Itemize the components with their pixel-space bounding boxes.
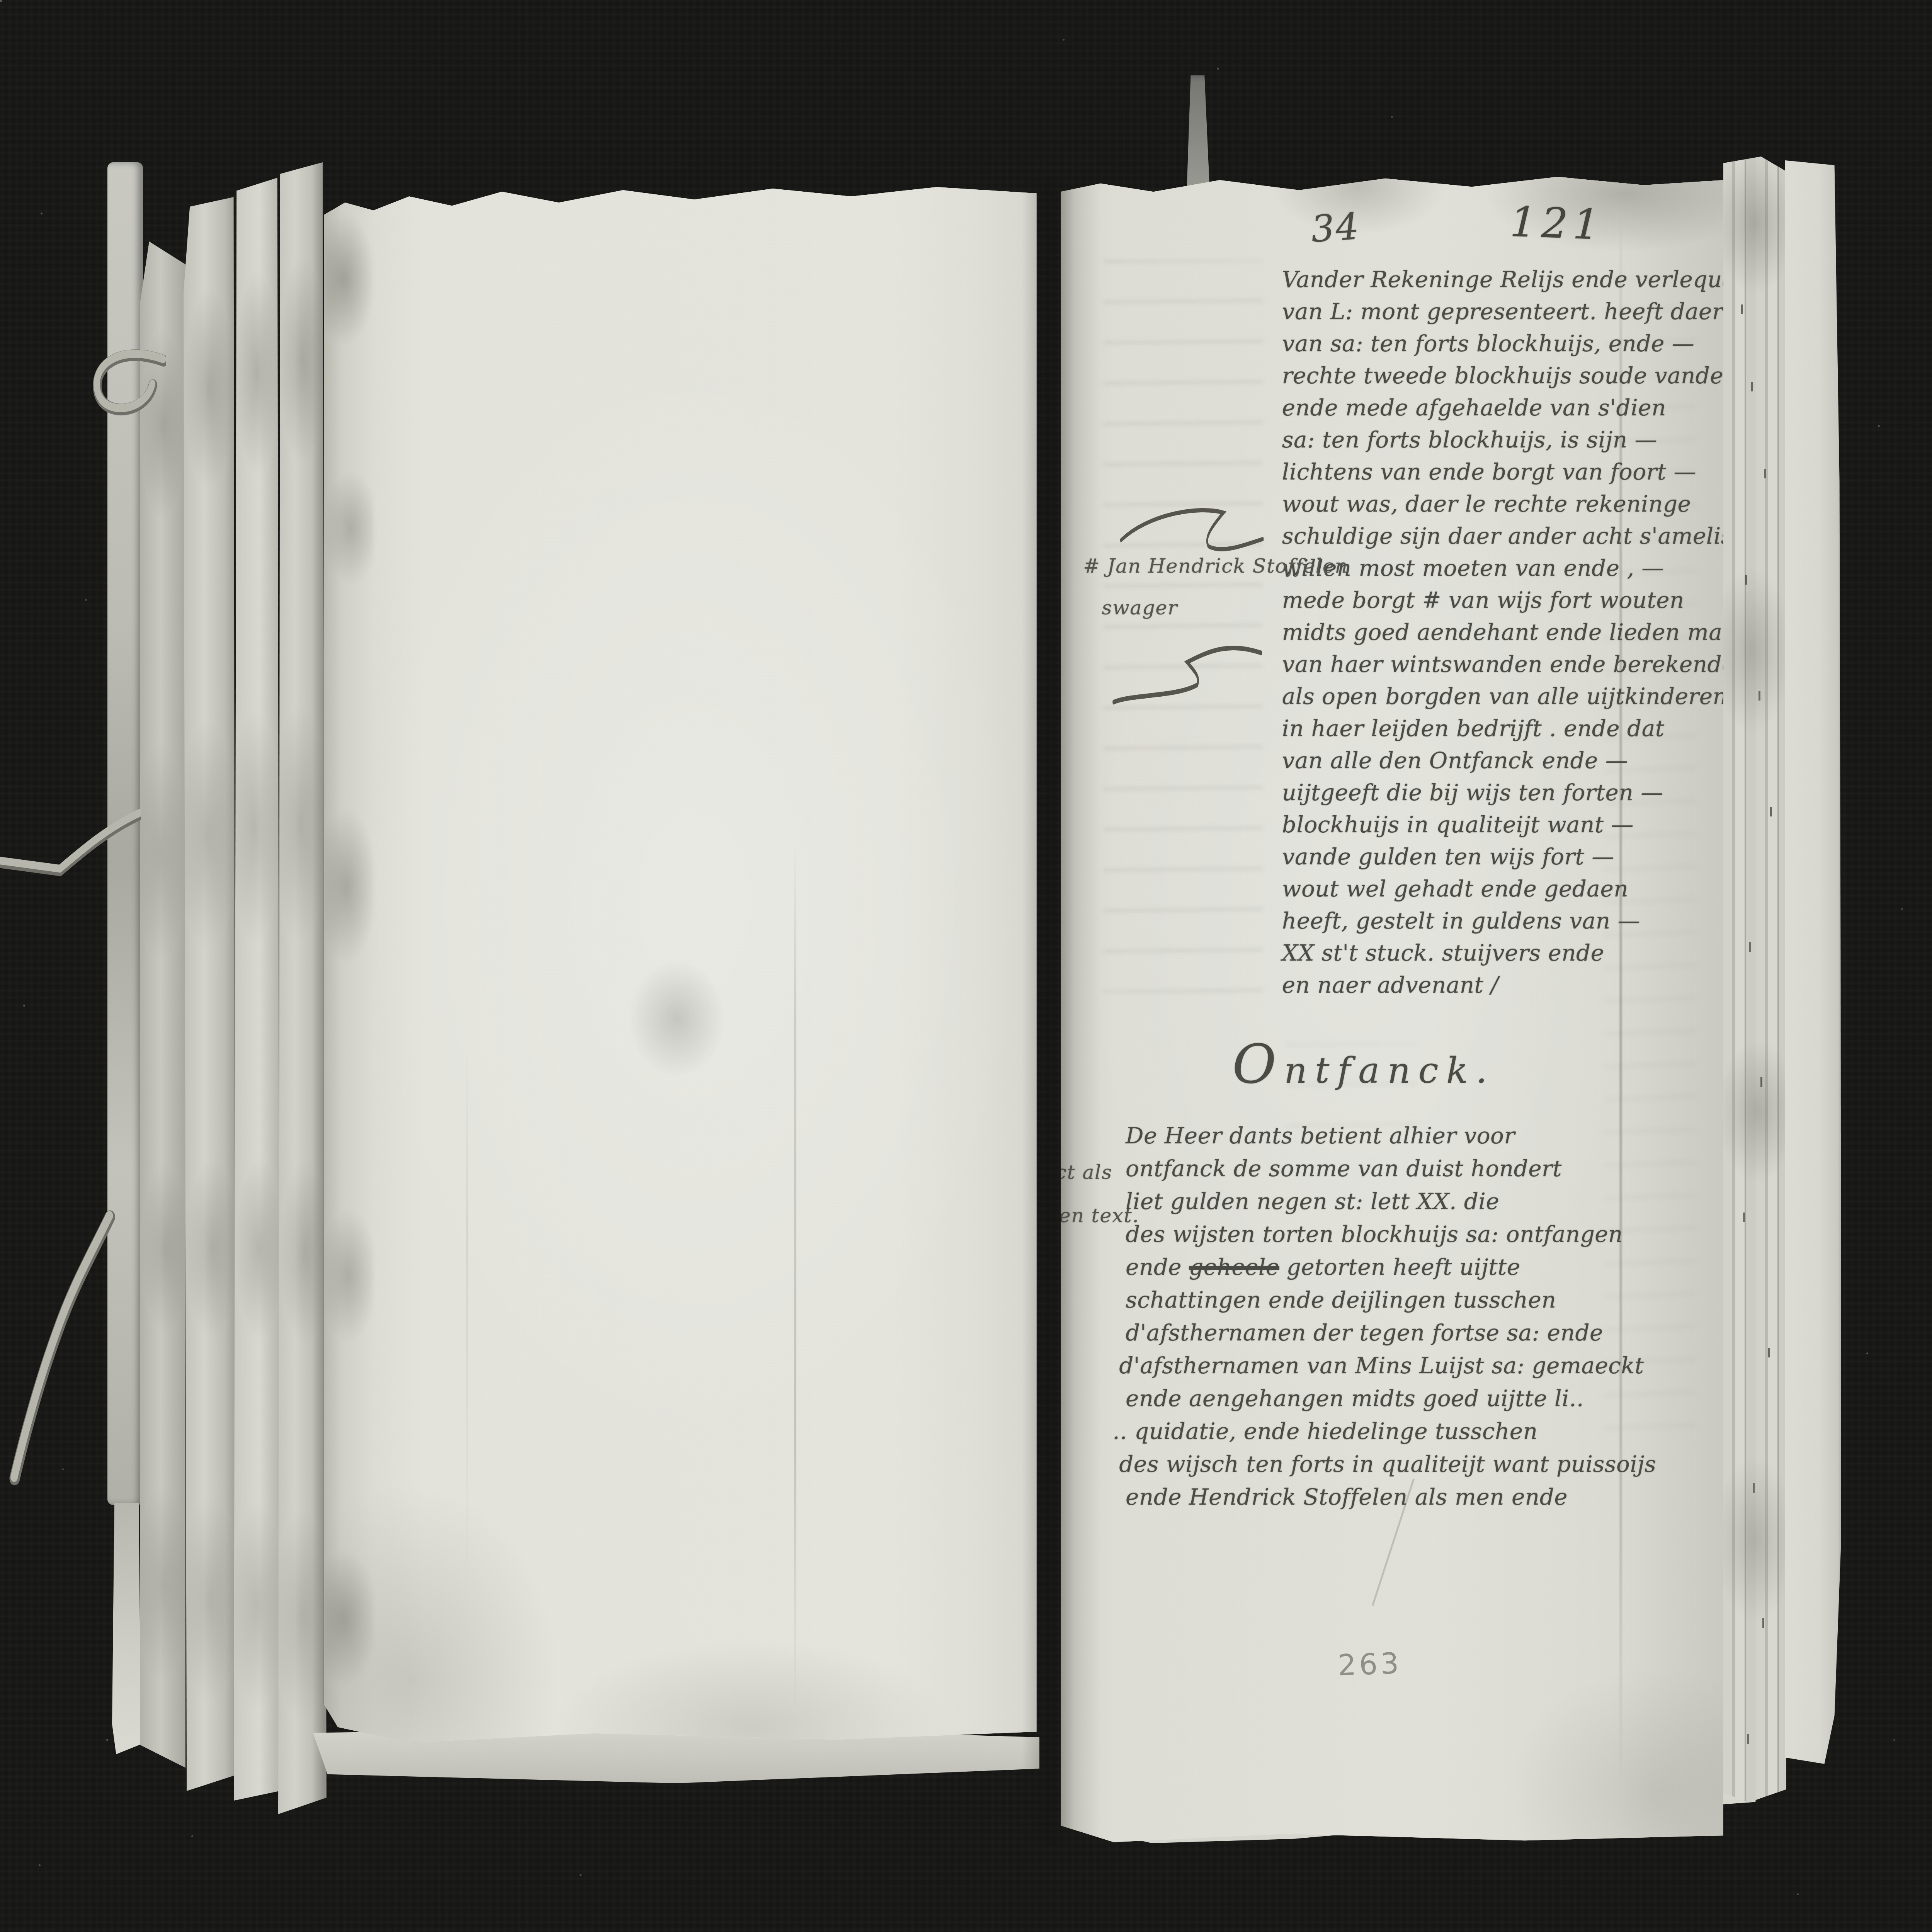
manuscript-line-with-strikeout: ende geheele getorten heeft uijtte [1126,1251,1669,1284]
left-page-edges-layer [234,178,280,1801]
manuscript-line: des wijsch ten forts in qualiteijt want … [1119,1448,1669,1481]
manuscript-line: De Heer dants betient alhier voor [1126,1119,1669,1152]
manuscript-line: liet gulden negen st: lett XX. die [1126,1185,1669,1218]
manuscript-line: blockhuijs in qualiteijt want — [1282,809,1706,841]
waterstain-wash [140,241,186,1768]
left-page-crease [466,1042,468,1665]
right-page-gutter-shading [1061,177,1100,1842]
binding-lace-bottom [6,1206,126,1495]
manuscript-line: vande gulden ten wijs fort — [1282,841,1706,873]
manuscript-line: van alle den Ontfanck ende — [1282,745,1706,777]
dust-specks [0,0,2,2]
pencil-folio-number: 263 [1337,1646,1402,1682]
binding-lace-loop [87,342,166,431]
manuscript-line: Vander Rekeninge Relijs ende verlequa [1282,264,1706,296]
manuscript-line: des wijsten torten blockhuijs sa: ontfan… [1126,1218,1669,1251]
waterstain-wash [278,162,327,1814]
manuscript-line: wout was, daer le rechte rekeninge [1282,488,1706,520]
struck-word: geheele [1189,1254,1279,1280]
manuscript-line: heeft, gestelt in guldens van — [1282,905,1706,937]
manuscript-line: van L: mont gepresenteert. heeft daer [1282,296,1706,328]
manuscript-line: schattingen ende deijlingen tusschen [1126,1284,1669,1316]
strike-pre: ende [1126,1254,1189,1280]
waterstain-wash [184,197,236,1791]
right-page-manuscript: 34 121 Vander Rekeninge Relijs ende verl… [1061,177,1723,1842]
margin-note-lower-line1: blyct als [1024,1161,1112,1184]
left-page-edges-layer [140,241,186,1768]
left-page-edges-layer [184,197,236,1791]
manuscript-scan: 34 121 Vander Rekeninge Relijs ende verl… [0,0,1932,1932]
left-cover-edge-lower [112,1503,141,1754]
manuscript-line: in haer leijden bedrijft . ende dat [1282,713,1706,745]
margin-note-lower-line2: inden text. [1026,1204,1139,1227]
folio-number-34: 34 [1310,205,1362,251]
margin-note-upper-line2: swager [1102,597,1178,619]
left-page-blank [324,185,1037,1743]
right-fore-edge-stack [1723,156,1786,1803]
manuscript-line: als open borgden van alle uijtkinderen [1282,680,1706,713]
manuscript-line: en naer advenant / [1282,969,1706,1001]
manuscript-line: rechte tweede blockhuijs soude vande [1282,360,1706,392]
left-page-crease [794,840,796,1712]
fore-edge-ink-ticks [1741,304,1743,314]
manuscript-line: ontfanck de somme van duist hondert [1126,1152,1669,1185]
manuscript-line: .. quidatie, ende hiedelinge tusschen [1112,1415,1669,1448]
folio-number-121: 121 [1509,197,1605,249]
waterstain-wash [234,178,280,1801]
manuscript-line: uijtgeeft die bij wijs ten forten — [1282,777,1706,809]
binding-lace-middle [0,800,141,885]
strike-post: getorten heeft uijtte [1279,1254,1520,1280]
manuscript-line: ende aengehangen midts goed uijtte li.. [1126,1382,1669,1415]
manuscript-line: d'afsthernamen van Mins Luijst sa: gemae… [1119,1349,1669,1382]
show-through-text [1104,260,1263,993]
left-page-edges-layer [278,162,327,1814]
margin-note-upper-line1: # Jan Hendrick Stoffelen [1083,555,1348,578]
section-heading: Ontfanck. [1232,1033,1495,1095]
manuscript-line: XX st't stuck. stuijvers ende [1282,937,1706,969]
left-page-waterstains [324,185,374,1743]
manuscript-line: van haer wintswanden ende berekenden [1282,648,1706,680]
manuscript-line: d'afsthernamen der tegen fortse sa: ende [1126,1316,1669,1349]
paragraph-upper: Vander Rekeninge Relijs ende verlequa va… [1282,264,1706,1001]
manuscript-line: sa: ten forts blockhuijs, is sijn — [1282,424,1706,456]
manuscript-line: mede borgt # van wijs fort wouten [1282,584,1706,616]
manuscript-line: wout wel gehadt ende gedaen [1282,873,1706,905]
paragraph-lower: De Heer dants betient alhier voor ontfan… [1126,1119,1669,1514]
manuscript-line: ende Hendrick Stoffelen als men ende [1126,1481,1669,1514]
manuscript-line: ende mede afgehaelde van s'dien [1282,392,1706,424]
right-under-page-flat [1785,160,1841,1764]
manuscript-line: schuldige sijn daer ander acht s'amelis … [1282,520,1706,552]
manuscript-line: van sa: ten forts blockhuijs, ende — [1282,328,1706,360]
manuscript-line: lichtens van ende borgt van foort — [1282,456,1706,488]
manuscript-line: midts goed aendehant ende lieden mannen [1282,616,1706,648]
